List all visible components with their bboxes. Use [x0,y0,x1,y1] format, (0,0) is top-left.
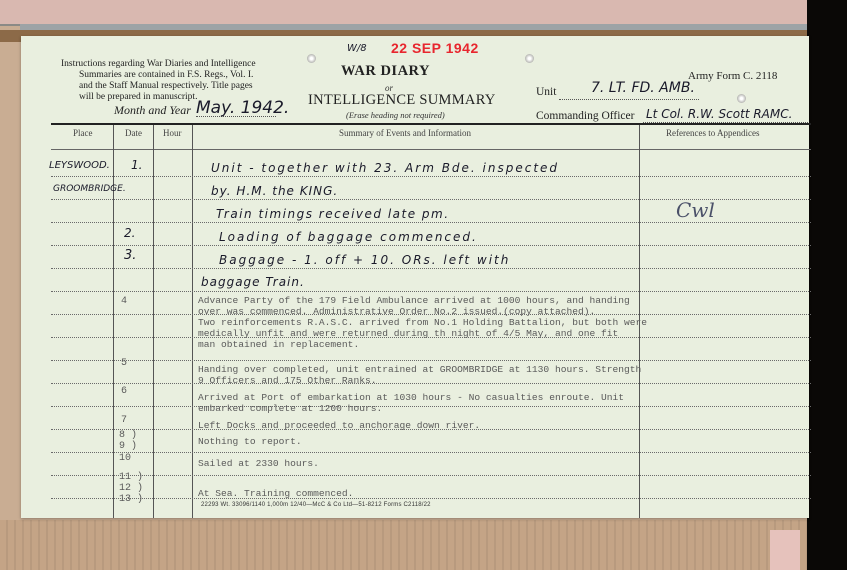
date-entry: 7 [121,415,127,426]
column-header-place: Place [73,128,93,138]
summary-line: Arrived at Port of embarkation at 1030 h… [198,392,624,403]
punch-hole [307,54,316,63]
date-entry: 3. [124,248,136,263]
punch-hole [737,94,746,103]
summary-handwritten: Baggage - 1. off + 10. ORs. left with [219,253,510,267]
summary-typed: Arrived at Port of embarkation at 1030 h… [198,392,624,414]
date-entry: 6 [121,386,127,397]
summary-line: Handing over completed, unit entrained a… [198,364,641,375]
month-year-value: May. 1942. [196,98,289,118]
column-divider [192,125,193,518]
underlying-page [0,520,812,570]
row-line [51,268,811,269]
summary-line: over was commenced. Administrative Order… [198,306,647,317]
date-entry: 13 ) [119,494,143,505]
summary-typed: Left Docks and proceeded to anchorage do… [198,420,480,431]
date-entry: 11 ) [119,472,143,483]
unit-value: 7. LT. FD. AMB. [591,80,695,96]
instruction-line: Instructions regarding War Diaries and I… [61,59,291,70]
summary-line: Advance Party of the 179 Field Ambulance… [198,295,647,306]
month-year-label: Month and Year [114,103,191,118]
summary-line: Two reinforcements R.A.S.C. arrived from… [198,317,647,328]
column-header-summary: Summary of Events and Information [339,128,471,138]
summary-typed: Advance Party of the 179 Field Ambulance… [198,295,647,350]
row-line [51,291,811,292]
date-entry: 10 [119,453,131,464]
commanding-officer-label: Commanding Officer [536,110,634,122]
unit-label: Unit [536,86,556,98]
header-rule [51,123,811,125]
summary-handwritten: baggage Train. [201,275,305,289]
date-entry: 4 [121,296,127,307]
summary-handwritten: Train timings received late pm. [216,207,450,221]
title-erase-note: (Erase heading not required) [346,110,445,120]
summary-handwritten: by. H.M. the KING. [211,184,338,198]
title-intelligence-summary: INTELLIGENCE SUMMARY [308,92,496,109]
summary-line: 9 Officers and 175 Other Ranks. [198,375,641,386]
summary-typed: At Sea. Training commenced. [198,488,353,499]
date-entry: 1. [131,158,142,172]
received-stamp: 22 SEP 1942 [391,40,479,56]
column-header-references: References to Appendices [666,128,759,138]
summary-line: embarked complete at 1200 hours. [198,403,624,414]
row-line [51,176,811,177]
row-line [51,245,811,246]
appendix-initials: Cwl [676,198,715,222]
row-line [51,360,811,361]
place-entry: GROOMBRIDGE. [53,184,126,194]
column-header-date: Date [125,128,142,138]
instructions: Instructions regarding War Diaries and I… [61,59,291,103]
punch-hole [525,54,534,63]
row-line [51,498,811,499]
date-entry: 12 ) [119,483,143,494]
pink-tab [770,530,800,570]
title-war-diary: WAR DIARY [341,63,430,80]
summary-handwritten: Loading of baggage commenced. [219,230,478,244]
date-entry: 5 [121,358,127,369]
place-entry: LEYSWOOD. [49,160,110,171]
column-divider [153,125,154,518]
row-line [51,475,811,476]
army-form-number: Army Form C. 2118 [688,70,777,82]
summary-line: medically unfit and were returned during… [198,328,647,339]
date-entry: 9 ) [119,441,137,452]
printer-imprint: 22293 Wt. 33096/1140 1,000m 12/40—McC & … [201,502,431,508]
war-diary-sheet: Instructions regarding War Diaries and I… [21,36,809,518]
row-line [51,452,811,453]
date-entry: 2. [124,226,135,240]
summary-handwritten: Unit - together with 23. Arm Bde. inspec… [211,161,559,175]
background-edge [807,0,847,570]
folder-cover [0,0,812,26]
summary-line: man obtained in replacement. [198,339,647,350]
column-header-hour: Hour [163,128,182,138]
summary-typed: Handing over completed, unit entrained a… [198,364,641,386]
instruction-line: and the Staff Manual respectively. Title… [61,81,291,92]
instruction-line: Summaries are contained in F.S. Regs., V… [61,70,291,81]
row-line [51,222,811,223]
summary-typed: Nothing to report. [198,436,302,447]
unit-dotline [559,99,699,100]
date-entry: 8 ) [119,430,137,441]
summary-typed: Sailed at 2330 hours. [198,458,319,469]
column-header-rule [51,149,811,150]
stamp-mark: W/8 [347,43,367,54]
commanding-officer-value: Lt Col. R.W. Scott RAMC. [646,107,792,121]
